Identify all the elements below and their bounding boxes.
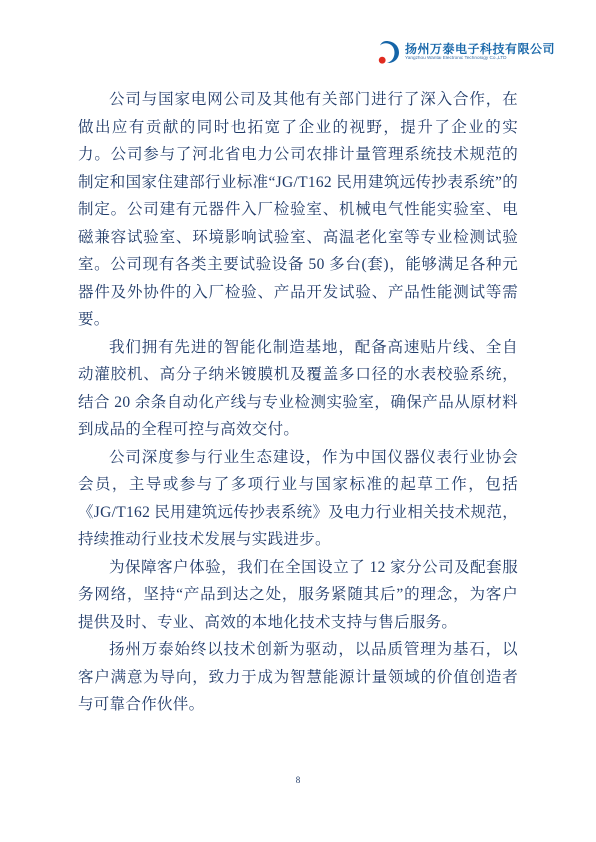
paragraph-vision: 扬州万泰始终以技术创新为驱动，以品质管理为基石，以客户满意为导向，致力于成为智慧…: [78, 636, 518, 719]
document-page: 扬州万泰电子科技有限公司 Yangzhou Wantai Electronic …: [0, 0, 596, 842]
paragraph-manufacturing-base: 我们拥有先进的智能化制造基地，配备高速贴片线、全自动灌胶机、高分子纳米镀膜机及覆…: [78, 334, 518, 444]
logo-swoosh-icon: [378, 40, 400, 66]
page-number: 8: [0, 775, 596, 785]
paragraph-service-network: 为保障客户体验，我们在全国设立了 12 家分公司及配套服务网络，坚持“产品到达之…: [78, 554, 518, 637]
paragraph-cooperation: 公司与国家电网公司及其他有关部门进行了深入合作，在做出应有贡献的同时也拓宽了企业…: [78, 86, 518, 334]
company-name-en: Yangzhou Wantai Electronic Technology Co…: [405, 56, 522, 61]
logo-text: 扬州万泰电子科技有限公司 Yangzhou Wantai Electronic …: [405, 43, 555, 63]
document-body: 公司与国家电网公司及其他有关部门进行了深入合作，在做出应有贡献的同时也拓宽了企业…: [78, 86, 518, 719]
paragraph-industry-ecosystem: 公司深度参与行业生态建设，作为中国仪器仪表行业协会会员，主导或参与了多项行业与国…: [78, 444, 518, 554]
company-logo: 扬州万泰电子科技有限公司 Yangzhou Wantai Electronic …: [378, 40, 555, 66]
company-name-zh: 扬州万泰电子科技有限公司: [405, 43, 555, 56]
